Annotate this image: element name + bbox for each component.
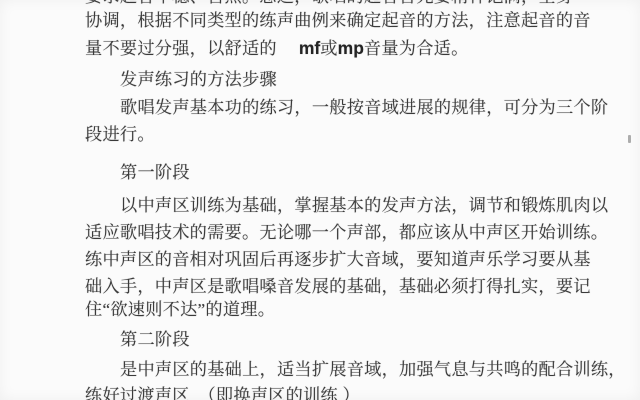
scan-artifact — [628, 135, 631, 143]
text-line: 练好过渡声区 （即换声区的训练 ） — [85, 386, 360, 400]
section-heading: 发声练习的方法步骤 — [120, 70, 277, 90]
text-segment: 或 — [320, 39, 337, 58]
text-line: 以中声区训练为基础，掌握基本的发声方法，调节和锻炼肌肉以 — [120, 196, 608, 216]
document-page: 要求起音平稳、自然。总之，歌唱的起音首先要精神饱满，全身协调，根据不同类型的练声… — [0, 0, 640, 400]
dynamics-marking: mp — [338, 38, 364, 58]
text-line: 适应歌唱技术的需要。无论哪一个声部，都应该从中声区开始训练。 — [85, 223, 608, 243]
text-line: 协调，根据不同类型的练声曲例来确定起音的方法，注意起音的音 — [85, 11, 591, 31]
text-line: 础入手，中声区是歌唱嗓音发展的基础，基础必须打得扎实，要记 — [85, 277, 591, 297]
dynamics-marking: mf — [277, 38, 320, 58]
clipped-text-line: 要求起音平稳、自然。总之，歌唱的起音首先要精神饱满，全身 — [85, 0, 573, 7]
text-segment: 音量为合适。 — [364, 39, 469, 58]
document-text-block: 要求起音平稳、自然。总之，歌唱的起音首先要精神饱满，全身协调，根据不同类型的练声… — [0, 0, 640, 400]
section-heading: 第一阶段 — [120, 163, 190, 183]
text-line: 歌唱发声基本功的练习，一般按音域进展的规律，可分为三个阶 — [120, 98, 608, 118]
text-line: 练中声区的音相对巩固后再逐步扩大音域，要知道声乐学习要从基 — [85, 250, 591, 270]
text-line: 量不要过分强，以舒适的mf或mp音量为合适。 — [85, 38, 469, 58]
text-line: 住“欲速则不达”的道理。 — [85, 300, 275, 320]
text-line: 是中声区的基础上，适当扩展音域，加强气息与共鸣的配合训练， — [120, 360, 626, 380]
text-line: 段进行。 — [85, 125, 155, 145]
section-heading: 第二阶段 — [120, 330, 190, 350]
text-segment: 量不要过分强，以舒适的 — [85, 39, 277, 58]
